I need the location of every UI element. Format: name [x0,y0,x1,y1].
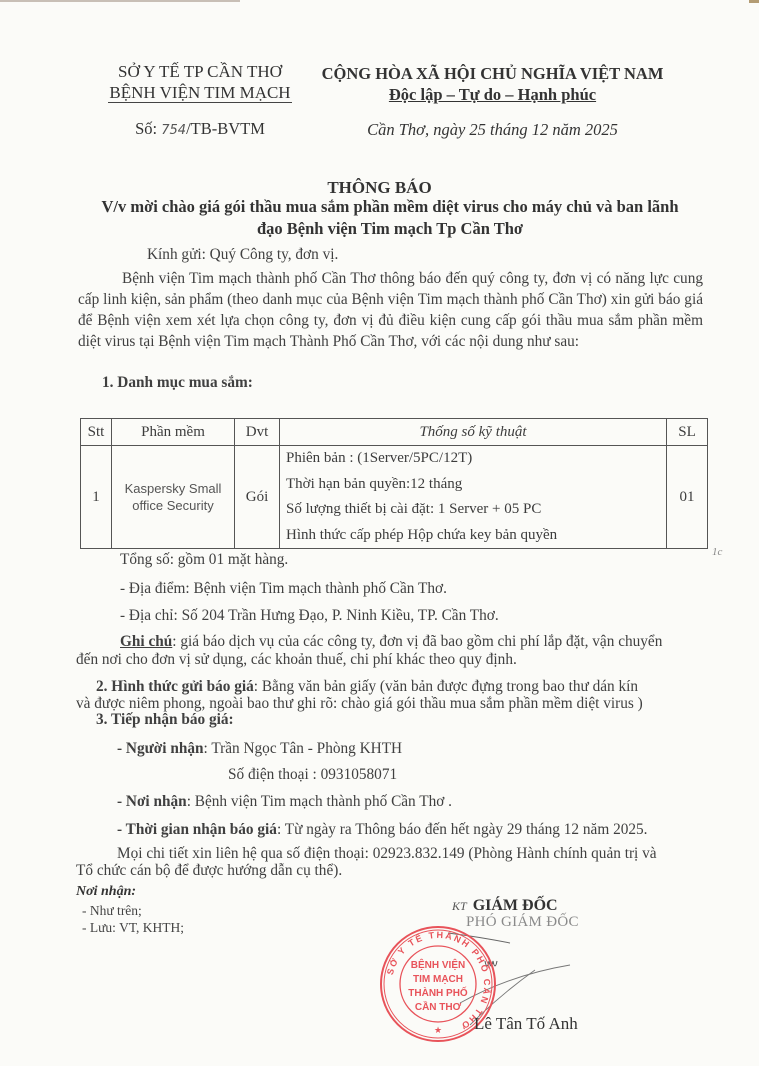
recipient: - Người nhận: Trần Ngọc Tân - Phòng KHTH [117,740,402,758]
receiving-place: - Nơi nhận: Bệnh viện Tim mạch thành phố… [117,793,452,811]
col-unit: Dvt [235,419,280,446]
stamp-center-line: CẦN THƠ [415,1000,462,1013]
spec-line: Hình thức cấp phép Hộp chứa key bản quyề… [286,523,660,549]
org-name: BỆNH VIỆN TIM MẠCH [100,82,300,103]
stamp-center-line: THÀNH PHỐ [408,985,468,999]
section2-label: 2. Hình thức gửi báo giá [96,678,254,695]
total-items: Tổng số: gồm 01 mặt hàng. [120,551,288,569]
spec-line: Thời hạn bản quyền:12 tháng [286,472,660,498]
note-continued: đến nơi cho đơn vị sử dụng, các khoản th… [76,651,517,669]
table-row: 1 Kaspersky Small office Security Gói Ph… [81,446,708,549]
greeting: Kính gửi: Quý Công ty, đơn vị. [147,246,338,264]
margin-handwritten-mark: 1c [712,546,722,558]
cell-quantity: 01 [667,446,708,549]
address: - Địa chỉ: Số 204 Trần Hưng Đạo, P. Ninh… [120,607,499,625]
location: - Địa điểm: Bệnh viện Tim mạch thành phố… [120,580,447,598]
recipients-list: - Như trên; - Lưu: VT, KHTH; [82,902,184,936]
col-software: Phần mềm [112,419,235,446]
place-date: Cần Thơ, ngày 25 tháng 12 năm 2025 [320,120,665,140]
doc-number: Số: 754/TB-BVTM [100,119,300,139]
procurement-table: Stt Phần mềm Dvt Thống số kỹ thuật SL 1 … [80,418,708,549]
scan-edge [0,0,240,2]
recipients-label: Nơi nhận: [76,884,136,900]
document-type: THÔNG BÁO [0,178,759,198]
cell-stt: 1 [81,446,112,549]
note-label: Ghi chú [120,633,172,650]
contact-info: Mọi chi tiết xin liên hệ qua số điện tho… [117,845,657,863]
org-parent: SỞ Y TẾ TP CẦN THƠ [100,62,300,82]
recipient-phone: Số điện thoại : 0931058071 [228,766,397,784]
stamp-center-line: TIM MẠCH [413,974,463,985]
motto: Độc lập – Tự do – Hạnh phúc [320,84,665,106]
note: Ghi chú: giá báo dịch vụ của các công ty… [120,633,662,651]
col-specs: Thống số kỹ thuật [280,419,667,446]
section3-heading: 3. Tiếp nhận báo giá: [96,711,234,729]
scan-edge [749,0,759,3]
nation-title: CỘNG HÒA XÃ HỘI CHỦ NGHĨA VIỆT NAM [320,64,665,84]
document-subject: V/v mời chào giá gói thầu mua sắm phần m… [60,196,720,240]
cell-software: Kaspersky Small office Security [112,446,235,549]
recipient-item: - Như trên; [82,902,184,919]
handwritten-number: 754 [161,123,186,138]
national-header: CỘNG HÒA XÃ HỘI CHỦ NGHĨA VIỆT NAM Độc l… [320,64,665,140]
star-icon: ★ [434,1025,442,1035]
handwritten-kt: KT [452,899,467,913]
col-stt: Stt [81,419,112,446]
col-quantity: SL [667,419,708,446]
section1-heading: 1. Danh mục mua sắm: [102,374,253,392]
cell-specs: Phiên bản : (1Server/5PC/12T) Thời hạn b… [280,446,667,549]
spec-line: Phiên bản : (1Server/5PC/12T) [286,446,660,472]
receiving-time: - Thời gian nhận báo giá: Từ ngày ra Thô… [117,821,647,839]
signer-name: Lê Tân Tố Anh [474,1014,578,1034]
signature-title: KTGIÁM ĐỐC [452,897,558,915]
recipient-item: - Lưu: VT, KHTH; [82,919,184,936]
issuing-organization: SỞ Y TẾ TP CẦN THƠ BỆNH VIỆN TIM MẠCH Số… [100,62,300,139]
spec-line: Số lượng thiết bị cài đặt: 1 Server + 05… [286,497,660,523]
contact-info-continued: Tổ chức cán bộ để được hướng dẫn cụ thể)… [76,862,342,880]
table-header-row: Stt Phần mềm Dvt Thống số kỹ thuật SL [81,419,708,446]
section2: 2. Hình thức gửi báo giá: Bằng văn bản g… [96,678,638,696]
stamp-center-line: BỆNH VIỆN [411,958,465,971]
intro-paragraph: Bệnh viện Tim mạch thành phố Cần Thơ thô… [78,268,703,352]
cell-unit: Gói [235,446,280,549]
